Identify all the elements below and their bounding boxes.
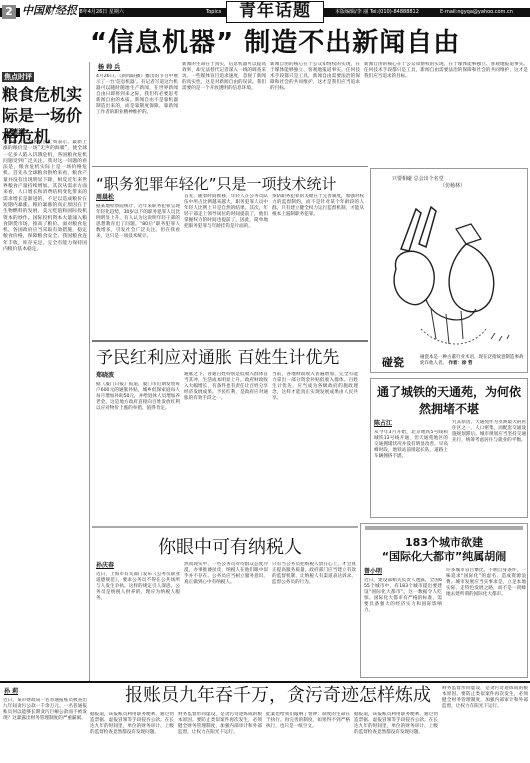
divider bbox=[92, 340, 368, 342]
article1-col1: 4月26日，《新闻联播》播出的节目中展示了一台‘信息机器’。有记者写道这台机器可… bbox=[96, 74, 178, 162]
article7-col4: 此案也给我们敲响了警钟：制度的生命在于执行。再完善的制度，如果得不到严格执行，也… bbox=[266, 712, 350, 763]
article4-col1: 从今年3月开始，北京地铁5号线和城铁13号线开通，但天通苑地区的交通拥堵状况并没… bbox=[374, 430, 448, 514]
article7-col3: 财务监督形同虚设，是贪污奇迹炼成的根本原因。要防止类似案件再次发生，必须健全财务… bbox=[178, 712, 262, 763]
article2-headline: “职务犯罪年轻化”只是一项技术统计 bbox=[96, 172, 337, 196]
article2-col3: 预防职务犯罪的关键在于完善制度，加强对权力的监督制约，而不是针对某个年龄段的人群… bbox=[272, 194, 364, 320]
article6-col2: 然而现实中，一些公务员对待群众态度冷漠，办事推诿扯皮，纳税人在他们眼中似乎并不存… bbox=[184, 562, 268, 676]
article3-col3: 当前，各地财政收入普遍增加，完全有能力拿出一部分资金补贴低收入群体。百姓生计优先… bbox=[272, 372, 358, 522]
article2-author: 周晨松 bbox=[96, 194, 114, 202]
article5-headline: 183个城市欲建 “国际化大都市”纯属胡闹 bbox=[362, 536, 526, 564]
article4-headline: 通了城铁的天通苑，为何依然拥堵不堪 bbox=[372, 384, 526, 418]
article1-col2: 新闻的生命在于真实，信息机器可以提高效率，却无法替代记者深入一线的调查采访。一些… bbox=[182, 62, 266, 162]
column-kicker: 焦点时评 bbox=[2, 72, 34, 82]
article3-col2: 通胀之下，普通百姓特别是低收入群体首当其冲，生活成本明显上升。政府财政收入大幅增… bbox=[184, 372, 268, 522]
article6-col1: 近日，上海市有关部门发布《公务员职业道德规范》，要求公务员不得在公共场所与人发生… bbox=[96, 572, 180, 676]
left-column-author: 王德海 bbox=[4, 128, 25, 137]
cartoon-illustration bbox=[370, 168, 528, 373]
article3-headline: 予民红利应对通胀 百姓生计优先 bbox=[96, 346, 339, 370]
article7-col6: 财务监督形同虚设，是贪污奇迹炼成的根本原因。要防止类似案件再次发生，必须健全财务… bbox=[442, 686, 528, 763]
cartoon-drawing-icon bbox=[371, 189, 527, 359]
cartoon-subcaption: （仿杨林） bbox=[440, 183, 465, 190]
article2-col1: 据某地检察院统计，近年来职务犯罪呈现年轻化趋势，30岁以下的职务犯罪人员比例明显… bbox=[96, 204, 180, 320]
article5-headline-line1: 183个城市欲建 bbox=[362, 536, 526, 550]
article1-col3: 新闻自由的核心在于公众知情权的实现，在于媒体能够独立、客观地报道事实。任何技术手… bbox=[270, 62, 360, 162]
article5-col1: 近日，建设部相关负责人透露，全国655个城市中，有183个城市提出要建设“国际化… bbox=[364, 578, 442, 674]
article5-col2: 许多城市盲目攀比，不顾自身条件，一味追求“国际化”的虚名，造成资源浪费。城市发展… bbox=[446, 568, 526, 674]
article4-author: 陈占江 bbox=[374, 420, 392, 428]
page-number: 2 bbox=[2, 5, 16, 19]
section-title: 青年话题 bbox=[226, 1, 324, 23]
article6-author: 孙庆春 bbox=[96, 562, 114, 570]
left-column-body: 世界粮食计划署署长上周表示，最新上涨的粮价是一场“无声的海啸”，使全球一亿多人陷… bbox=[3, 140, 87, 680]
decorative-slashes: //// bbox=[50, 8, 58, 17]
cartoon-note: 碰瓷本是一种古董行业术语，现在泛指故意制造事故讹诈他人者。 作者：徐 哲 bbox=[420, 355, 524, 367]
article2-col2: 首先，随着时间推移，年轻人在公务员队伍中所占比例越来越大，职务犯罪人员中年轻人比… bbox=[184, 194, 268, 320]
cartoon-title: 碰瓷 bbox=[382, 356, 404, 370]
cartoon-caption: 只要相碰 总会出个名堂 bbox=[392, 176, 444, 183]
cartoon-author: 作者：徐 哲 bbox=[448, 361, 472, 366]
article7-col5: 据报道，该报账员利用职务便利，通过伪造票据、虚报冒领等手段侵吞公款。在长达九年的… bbox=[354, 712, 438, 763]
article3-author: 郑晓波 bbox=[96, 372, 114, 380]
divider bbox=[92, 166, 368, 167]
left-column-headline: 粮食危机实际是一场价格危机 bbox=[2, 84, 88, 147]
contact-email: E-mail:ngyqa@yahoo.com.cn bbox=[440, 8, 513, 17]
article7-author: 孙 莉 bbox=[4, 688, 18, 696]
article3-col1: 据《厦门日报》报道，厦门市近期发放每户600元的通胀补贴，城乡低保家庭每人每月增… bbox=[96, 382, 180, 522]
article5-author: 曾小明 bbox=[364, 568, 382, 576]
article6-col3: 只有当公务员把纳税人放在心上，才会真正提高服务质量。政府部门应当建立有效的监督机… bbox=[272, 562, 356, 676]
issue-date: 2008年4月26日 星期六 bbox=[70, 8, 124, 17]
grey-divider bbox=[365, 526, 523, 530]
divider bbox=[92, 526, 358, 528]
main-headline: “信息机器” 制造不出新闻自由 bbox=[90, 26, 530, 60]
article7-headline: 报账员九年吞千万，贪污奇迹怎样炼成 bbox=[125, 684, 431, 708]
topics-label: Topics bbox=[206, 8, 221, 17]
article6-headline: 你眼中可有纳税人 bbox=[158, 536, 302, 560]
bottom-divider bbox=[0, 681, 530, 683]
article4-col2: 究其原因，天通苑作为亚洲最大的居住区之一，人口密集，而配套交通设施规划滞后。城市… bbox=[452, 420, 526, 514]
editor-info: 本版编辑/李 丽 Tel:(010)-84888812 bbox=[335, 8, 419, 17]
article7-col1: 近日，某市财政局一名普通报账员被查出九年间贪污公款一千余万元。一名普通报账员何以… bbox=[3, 698, 87, 763]
article5-headline-line2: “国际化大都市”纯属胡闹 bbox=[362, 550, 526, 564]
article7-col2: 据报道，该报账员利用职务便利，通过伪造票据、虚报冒领等手段侵吞公款。在长达九年的… bbox=[90, 712, 174, 763]
article1-author: 杨 帅 兵 bbox=[98, 64, 120, 72]
article1-col4: 新闻自由的核心在于公众知情权的实现，在于媒体能够独立、客观地报道事实。任何技术手… bbox=[364, 62, 528, 162]
